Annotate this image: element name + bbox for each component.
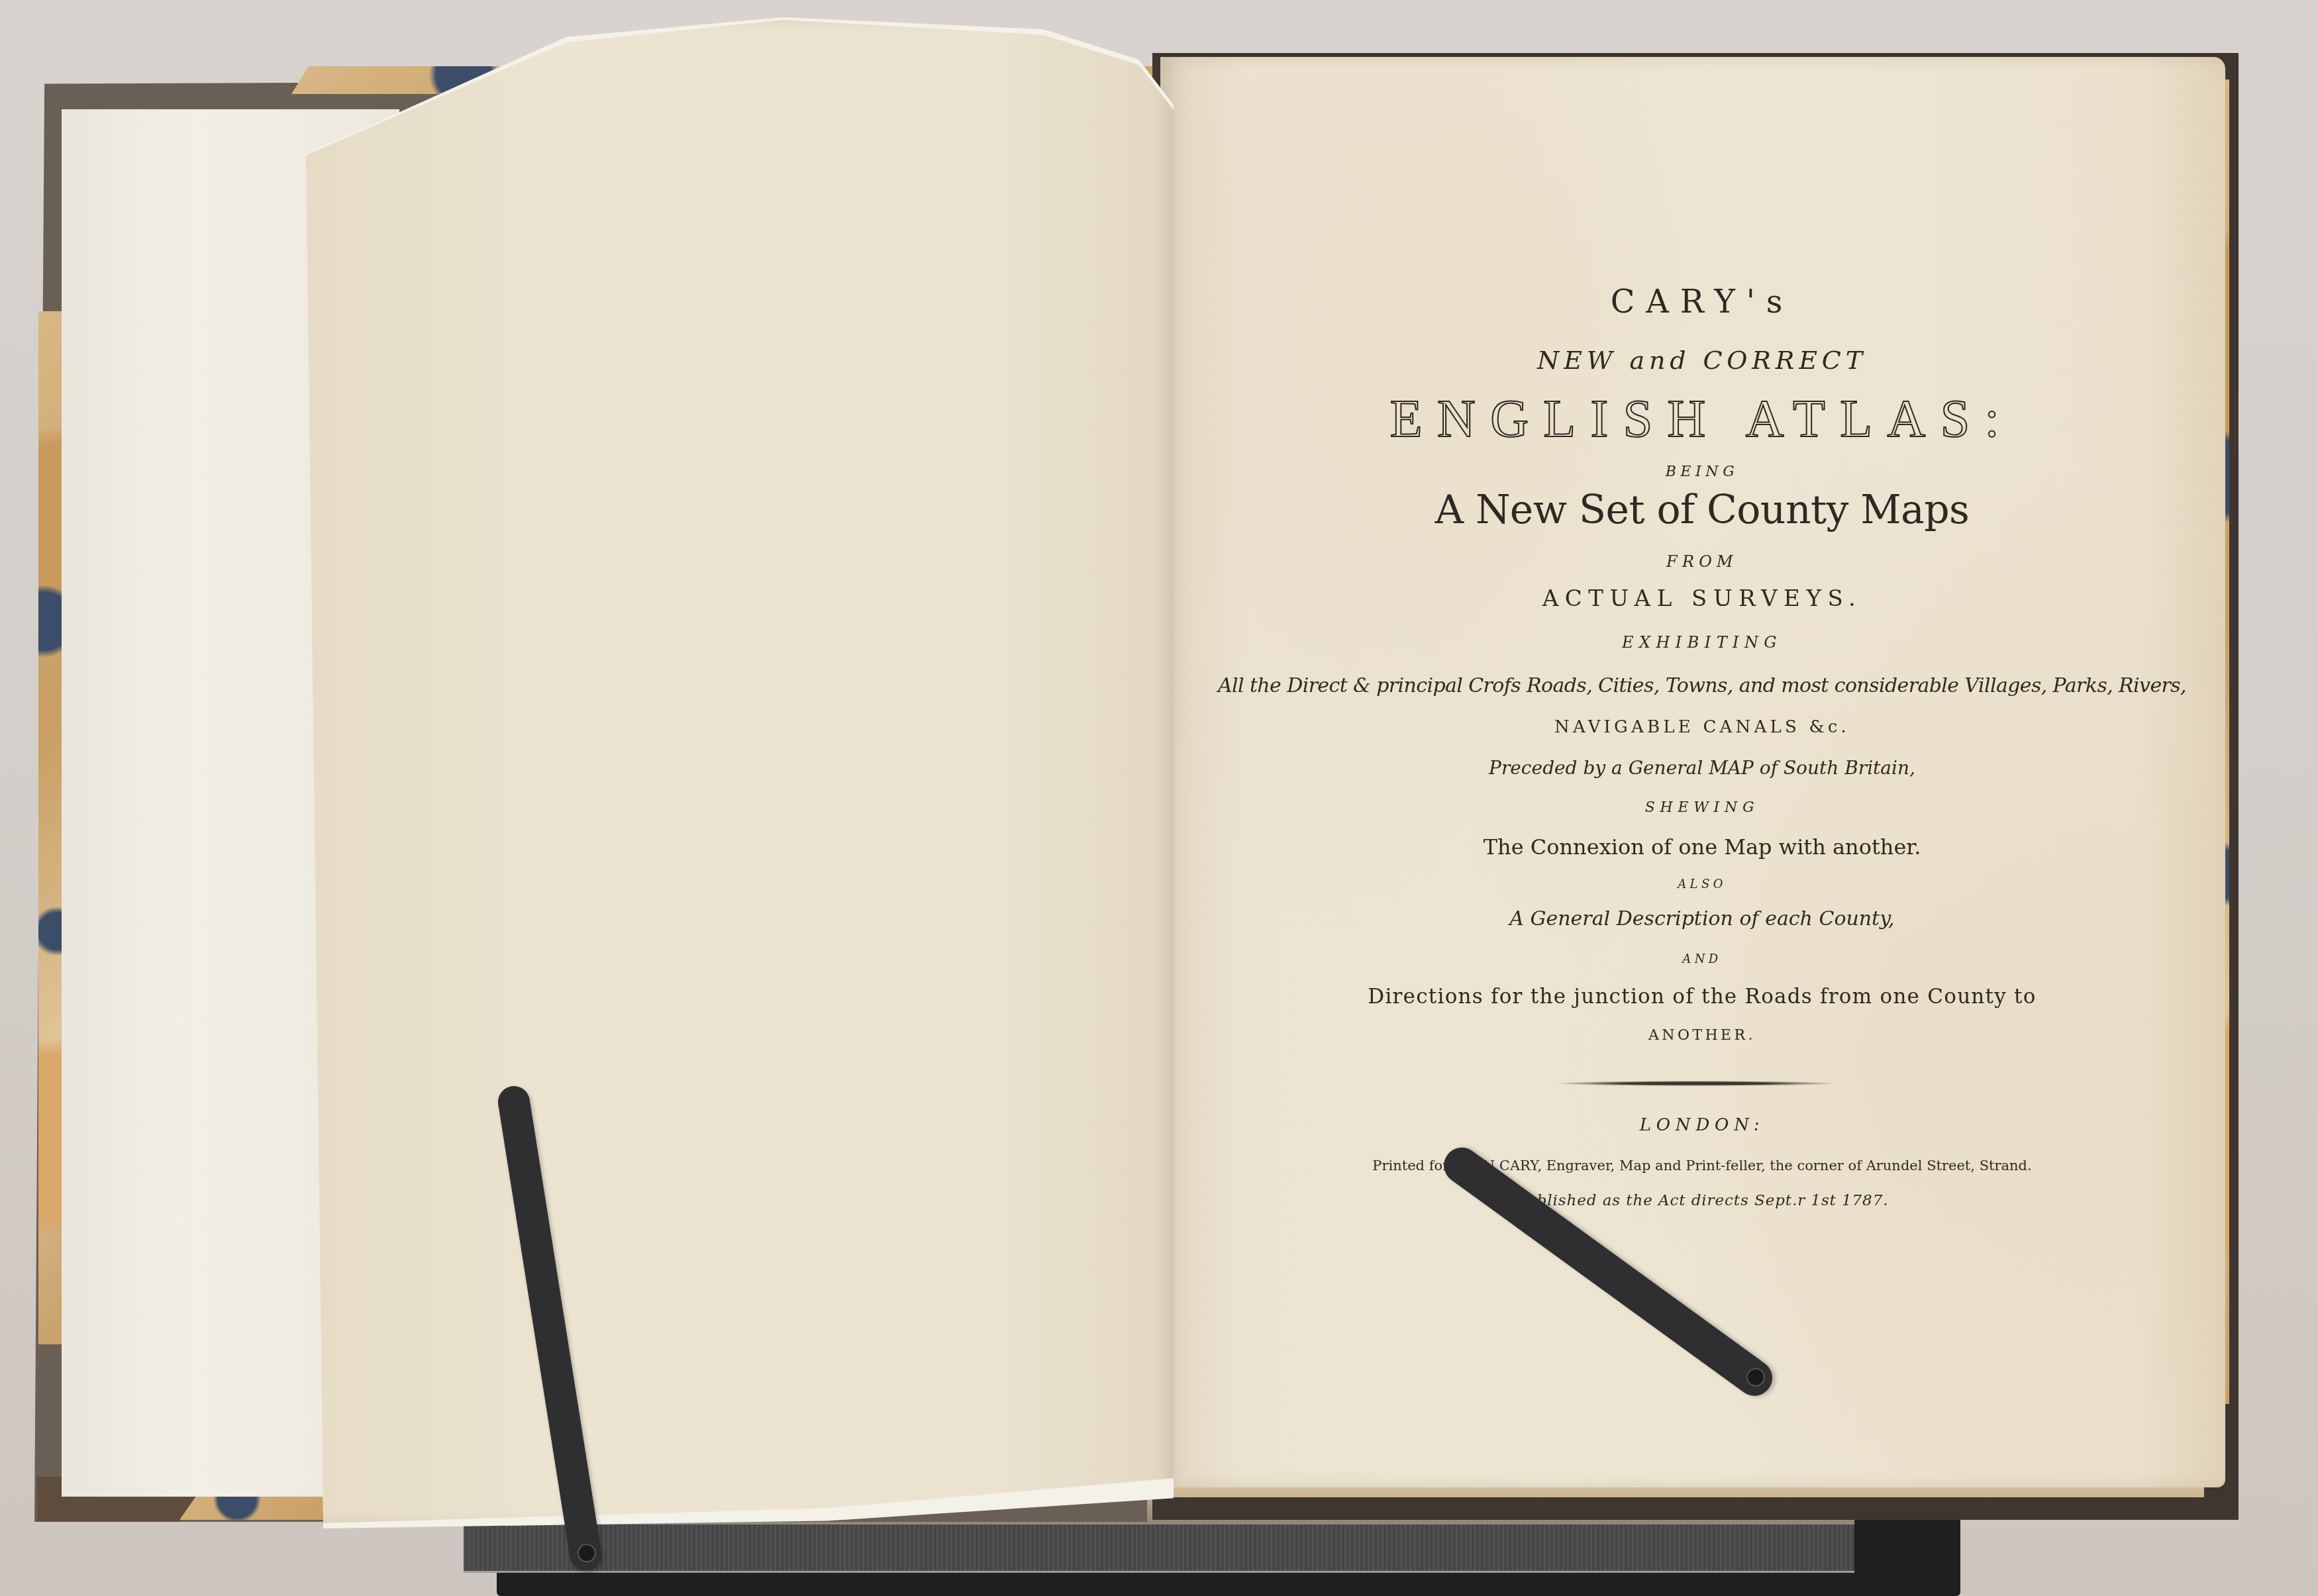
- title-directions: Directions for the junction of the Roads…: [1192, 985, 2212, 1009]
- title-being: BEING: [1192, 464, 2212, 480]
- imprint-publication: Published as the Act directs Sept.r 1st …: [1192, 1192, 2212, 1209]
- title-another: ANOTHER.: [1192, 1027, 2212, 1044]
- title-new-and-correct: NEW and CORRECT: [1192, 346, 2212, 375]
- title-english-atlas: ENGLISH ATLAS:: [1192, 389, 2212, 450]
- title-contents: All the Direct & principal Crofs Roads, …: [1192, 674, 2212, 697]
- imprint-london: LONDON:: [1192, 1115, 2212, 1135]
- title-canals: NAVIGABLE CANALS &c.: [1192, 717, 2212, 737]
- book-stand-foam: [464, 1523, 1854, 1573]
- title-connexion: The Connexion of one Map with another.: [1192, 834, 2212, 860]
- title-and: AND: [1192, 952, 2212, 966]
- bolt-icon: [576, 1542, 597, 1564]
- title-preceded: Preceded by a General MAP of South Brita…: [1192, 757, 2212, 779]
- left-flyleaf-page: [306, 20, 1174, 1523]
- title-from: FROM: [1192, 552, 2212, 571]
- title-county-maps: A New Set of County Maps: [1192, 487, 2212, 533]
- bolt-icon: [1742, 1364, 1768, 1390]
- title-carys: CARY's: [1192, 283, 2212, 321]
- title-also: ALSO: [1192, 877, 2212, 891]
- title-exhibiting: EXHIBITING: [1192, 633, 2212, 652]
- ornamental-rule: [1553, 1081, 1838, 1086]
- title-shewing: SHEWING: [1192, 799, 2212, 816]
- marbled-paper-left: [38, 311, 65, 1344]
- title-actual-surveys: ACTUAL SURVEYS.: [1192, 585, 2212, 612]
- imprint-printer: Printed for JOHN CARY, Engraver, Map and…: [1192, 1158, 2212, 1173]
- title-description: A General Description of each County,: [1192, 907, 2212, 930]
